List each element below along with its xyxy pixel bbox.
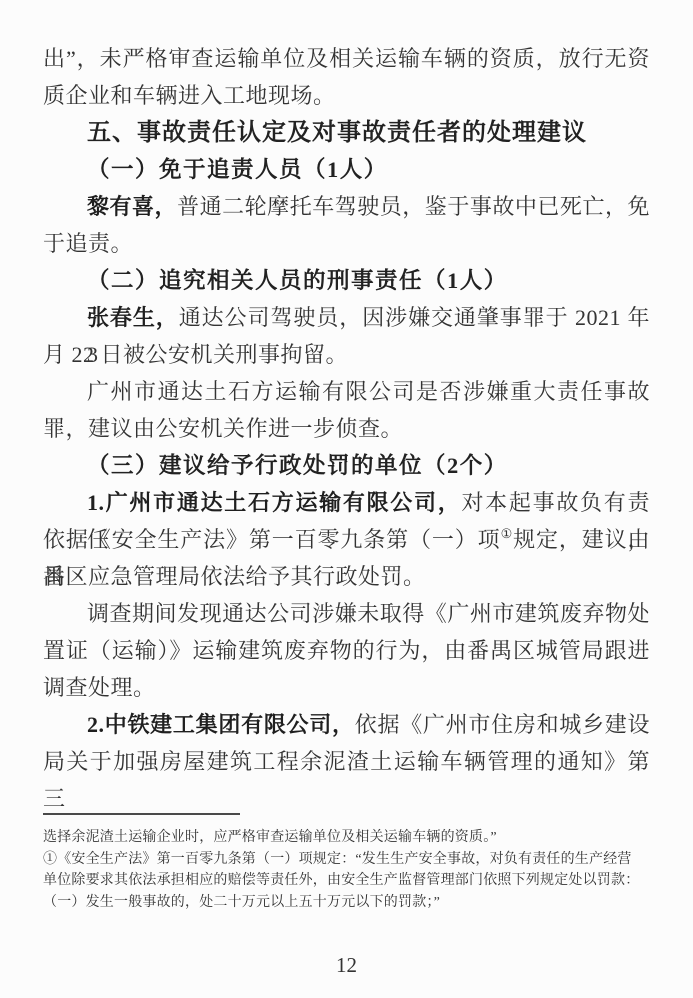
body-line-text: 依据《安全生产法》第一百零九条第（一）项 [43,527,501,552]
body-line-paragraph-end: 调查处理。 [43,669,650,706]
body-text: 出”，未严格审查运输单位及相关运输车辆的资质，放行无资 质企业和车辆进入工地现场… [43,40,650,780]
body-line-paragraph-end: 质企业和车辆进入工地现场。 [43,77,650,114]
body-line: 张春生，通达公司驾驶员，因涉嫌交通肇事罪于 2021 年 3 [43,299,650,336]
body-line-paragraph-end: 于追责。 [43,225,650,262]
footnote-divider [43,813,240,815]
document-page: 出”，未严格审查运输单位及相关运输车辆的资质，放行无资 质企业和车辆进入工地现场… [0,0,693,998]
body-line: 依据《安全生产法》第一百零九条第（一）项①规定，建议由番 [43,521,650,558]
body-line: 调查期间发现通达公司涉嫌未取得《广州市建筑废弃物处 [43,595,650,632]
body-line: 2.中铁建工集团有限公司，依据《广州市住房和城乡建设 [43,706,650,743]
body-line: 置证（运输）》运输建筑废弃物的行为，由番禺区城管局跟进 [43,632,650,669]
footnote-line: （一）发生一般事故的，处二十万元以上五十万元以下的罚款；” [43,892,653,914]
body-line: 黎有喜，普通二轮摩托车驾驶员，鉴于事故中已死亡，免 [43,188,650,225]
subsection-heading-2: （二）追究相关人员的刑事责任（1人） [43,262,650,299]
subsection-heading-1: （一）免于追责人员（1人） [43,151,650,188]
body-line: 广州市通达土石方运输有限公司是否涉嫌重大责任事故 [43,373,650,410]
company-name-tongda: 1.广州市通达土石方运输有限公司， [87,490,461,515]
body-line-paragraph-end: 月 22 日被公安机关刑事拘留。 [43,336,650,373]
body-line-paragraph-end: 罪，建议由公安机关作进一步侦查。 [43,410,650,447]
footnote-line: 选择余泥渣土运输企业时，应严格审查运输单位及相关运输车辆的资质。” [43,827,653,849]
person-name-li-youxi: 黎有喜， [87,194,177,219]
subsection-heading-3: （三）建议给予行政处罚的单位（2个） [43,447,650,484]
footnote-line: ①《安全生产法》第一百零九条第（一）项规定：“发生生产安全事故，对负有责任的生产… [43,849,653,871]
body-line: 1.广州市通达土石方运输有限公司，对本起事故负有责任， [43,484,650,521]
body-line-paragraph-end: 禺区应急管理局依法给予其行政处罚。 [43,558,650,595]
body-line-text: 普通二轮摩托车驾驶员，鉴于事故中已死亡，免 [177,194,650,219]
body-line-text: 依据《广州市住房和城乡建设 [355,712,650,737]
company-name-zhongtie: 2.中铁建工集团有限公司， [87,712,355,737]
body-line-continuation: 出”，未严格审查运输单位及相关运输车辆的资质，放行无资 [43,40,650,77]
footnote-line: 单位除要求其依法承担相应的赔偿等责任外，由安全生产监督管理部门依照下列规定处以罚… [43,870,653,892]
page-number: 12 [0,951,693,979]
footnote-reference-mark: ① [501,526,514,541]
section-heading-5: 五、事故责任认定及对事故责任者的处理建议 [43,114,650,151]
person-name-zhang-chunsheng: 张春生， [87,305,179,330]
footnote-section: 选择余泥渣土运输企业时，应严格审查运输单位及相关运输车辆的资质。” ①《安全生产… [43,813,653,913]
body-line-continuation: 局关于加强房屋建筑工程余泥渣土运输车辆管理的通知》第三 [43,743,650,780]
